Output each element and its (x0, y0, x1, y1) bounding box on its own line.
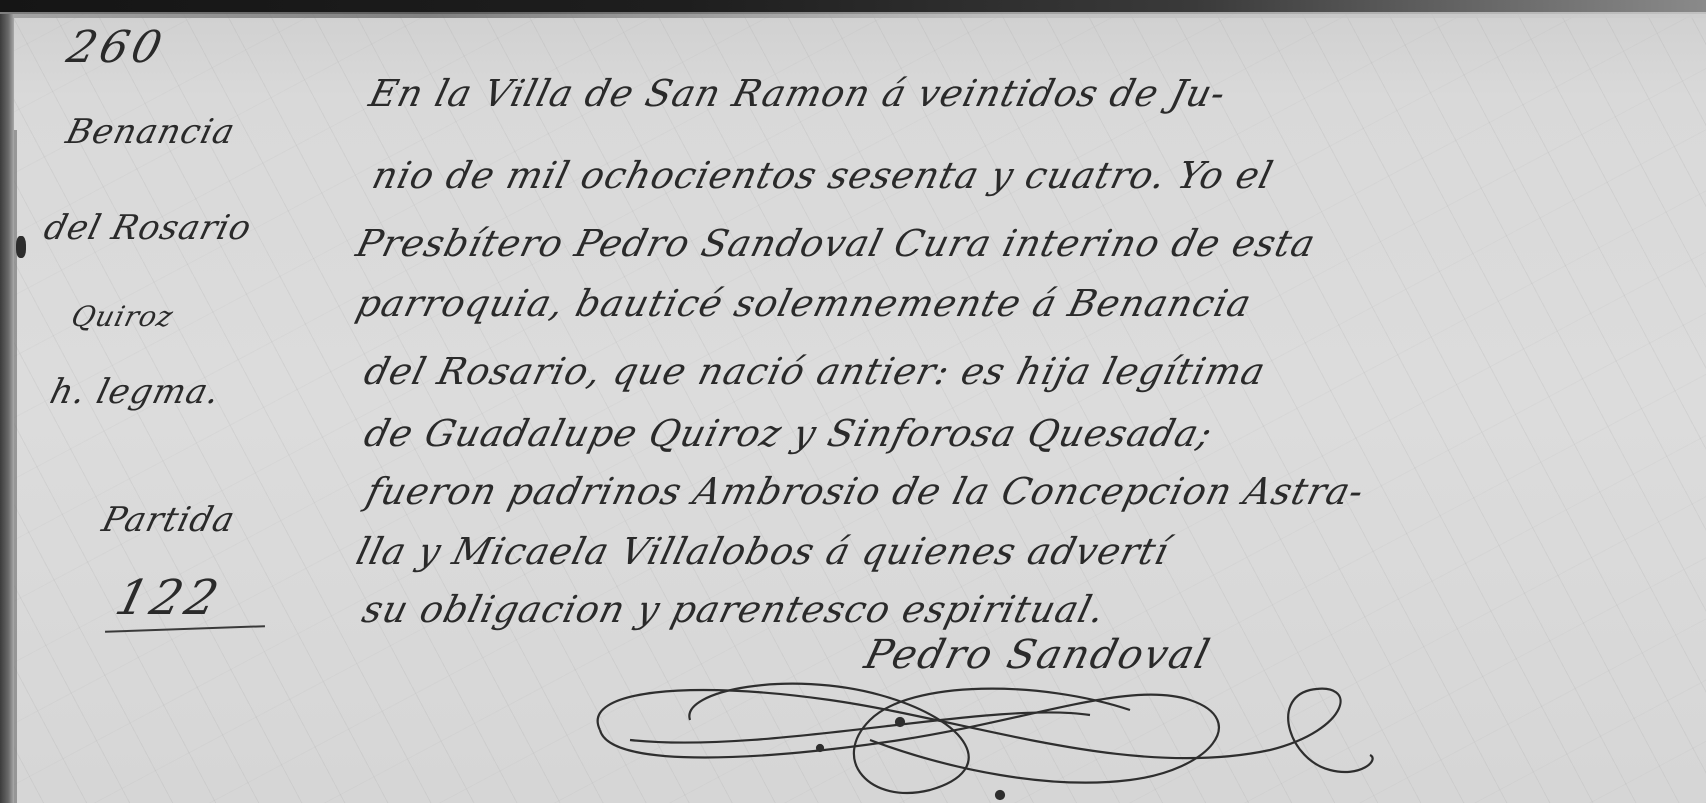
partida-underline (105, 625, 265, 633)
body-line: su obligacion y parentesco espiritual. (358, 588, 1110, 631)
body-line: fueron padrinos Ambrosio de la Concepcio… (362, 470, 1369, 513)
body-line: nio de mil ochocientos sesenta y cuatro.… (368, 154, 1278, 197)
body-line: En la Villa de San Ramon á veintidos de … (365, 72, 1231, 115)
margin-surname: Quiroz (68, 300, 177, 333)
signature-paraph-flourish (570, 660, 1390, 803)
body-line: parroquia, bauticé solemnemente á Benanc… (352, 282, 1256, 325)
margin-rule (14, 130, 17, 803)
body-line: de Guadalupe Quiroz y Sinforosa Quesada; (360, 412, 1217, 455)
partida-number: 122 (110, 570, 228, 626)
entry-number: 260 (62, 22, 171, 73)
margin-name-first: Benancia (62, 112, 239, 152)
margin-partida-label: Partida (98, 500, 239, 540)
margin-legitimacy: h. legma. (46, 372, 225, 412)
body-line: Presbítero Pedro Sandoval Cura interino … (352, 222, 1320, 265)
margin-name-middle: del Rosario (40, 208, 256, 248)
page-left-edge (0, 14, 14, 803)
document-scan: 260 Benancia del Rosario Quiroz h. legma… (0, 0, 1706, 803)
page-top-edge (0, 12, 1706, 18)
body-line: del Rosario, que nació antier: es hija l… (360, 350, 1270, 393)
ink-blot (16, 236, 26, 258)
body-line: lla y Micaela Villalobos á quienes adver… (352, 530, 1174, 573)
